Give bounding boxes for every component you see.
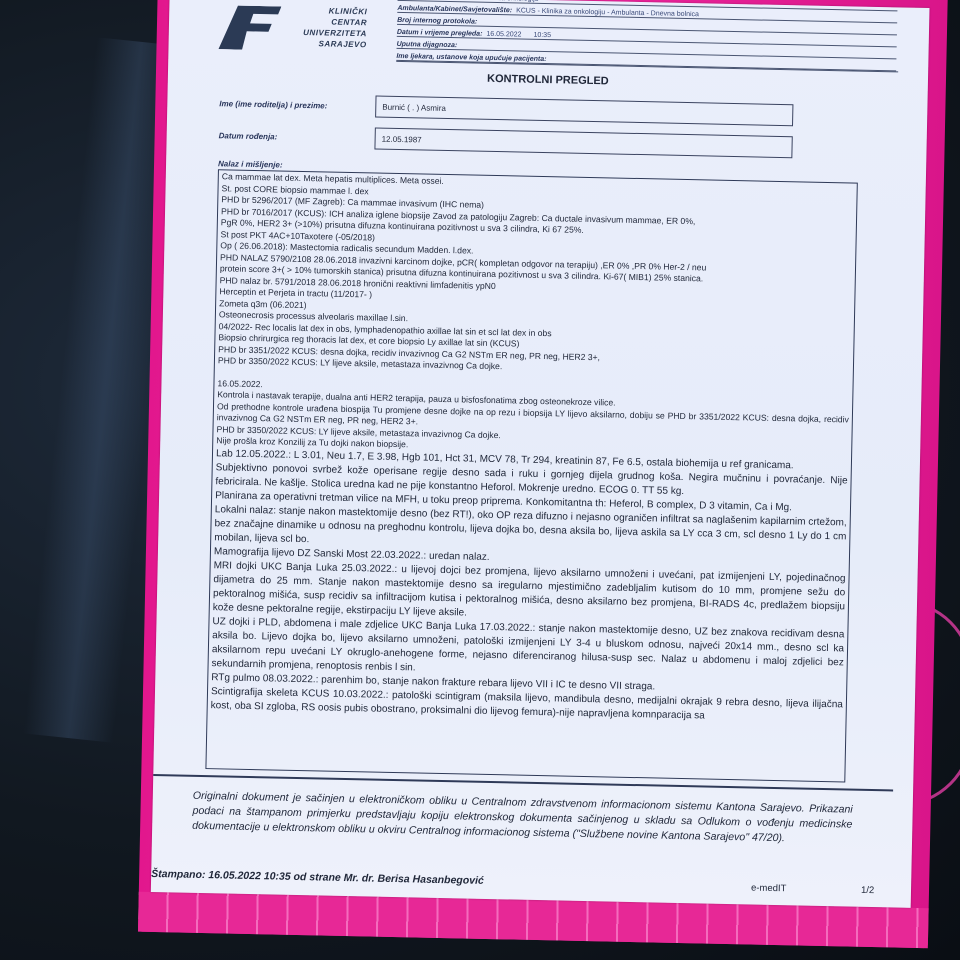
- patient-name-field: Burnić ( . ) Asmira: [375, 95, 793, 126]
- document-page: KLINIČKI CENTAR UNIVERZITETA SARAJEVO OD…: [151, 0, 930, 908]
- system-name: e-medIT: [751, 883, 787, 895]
- page-number: 1/2: [861, 885, 874, 896]
- patient-name-label: Ime (ime roditelja) i prezime:: [219, 99, 327, 110]
- printed-by: Štampano: 16.05.2022 10:35 od strane Mr.…: [151, 868, 484, 887]
- visit-section: 16.05.2022. Kontrola i nastavak terapije…: [211, 378, 850, 726]
- legal-note: Originalni dokument je sačinjen u elektr…: [192, 789, 853, 848]
- exam-date: 16.05.2022: [486, 31, 533, 39]
- kcus-logo: KLINIČKI CENTAR UNIVERZITETA SARAJEVO: [218, 0, 379, 59]
- dob-field: 12.05.1987: [374, 127, 792, 158]
- history-section: Ca mammae lat dex. Meta hepatis multipli…: [218, 171, 854, 380]
- header-fields: ODJELJENJE: KCUS - Klinika za onkologiju…: [396, 0, 897, 71]
- exam-time: 10:35: [533, 32, 563, 40]
- dob-label: Datum rođenja:: [219, 131, 278, 141]
- findings-label: Nalaz i mišljenje:: [218, 159, 283, 169]
- findings-box: Ca mammae lat dex. Meta hepatis multipli…: [205, 169, 857, 782]
- logo-text: KLINIČKI CENTAR UNIVERZITETA SARAJEVO: [277, 4, 368, 50]
- pink-binder: KLINIČKI CENTAR UNIVERZITETA SARAJEVO OD…: [110, 0, 960, 953]
- kcus-logo-icon: [218, 5, 281, 50]
- document-header: KLINIČKI CENTAR UNIVERZITETA SARAJEVO OD…: [168, 0, 929, 78]
